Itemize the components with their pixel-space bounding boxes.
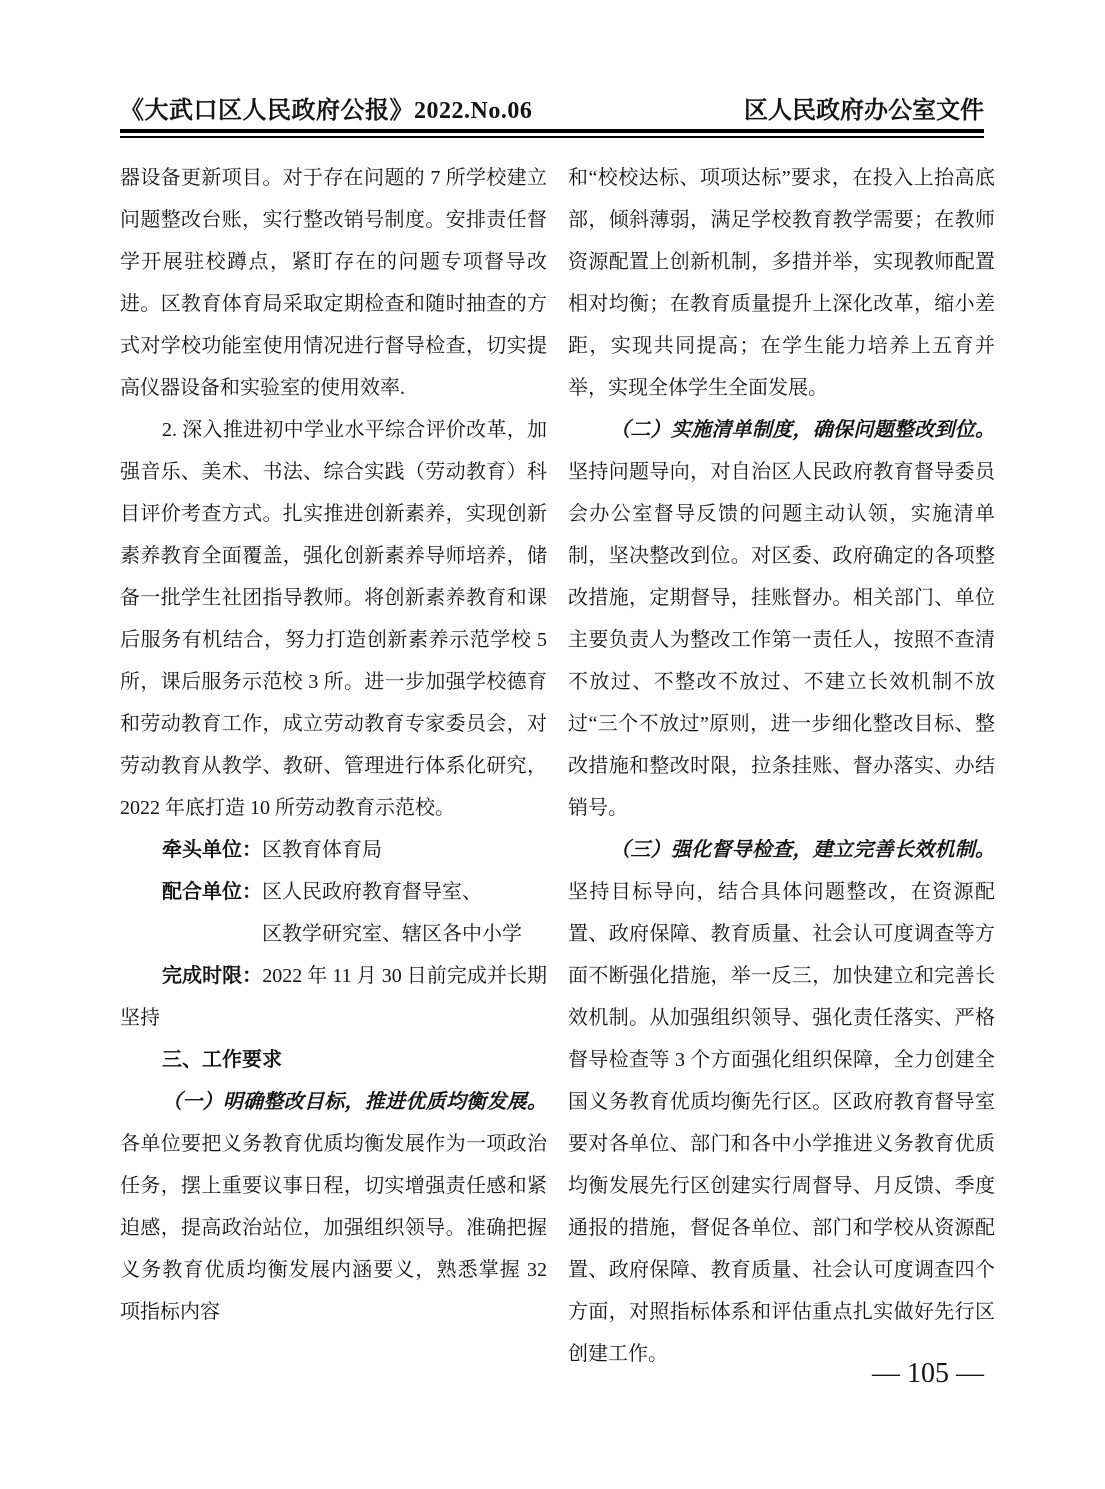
field-line: 牵头单位：区教育体育局 <box>120 829 547 871</box>
field-label: 配合单位： <box>162 881 262 903</box>
header-rule <box>120 129 984 138</box>
document-category: 区人民政府办公室文件 <box>744 90 984 125</box>
subsection-title: （二）实施清单制度，确保问题整改到位。 <box>610 419 995 441</box>
section-heading: 三、工作要求 <box>120 1039 547 1081</box>
field-value-continuation: 区教学研究室、辖区各中小学 <box>262 913 547 955</box>
subsection-paragraph: （三）强化督导检查，建立完善长效机制。坚持目标导向，结合具体问题整改，在资源配置… <box>568 829 995 1375</box>
subsection-title: （一）明确整改目标，推进优质均衡发展。 <box>162 1091 547 1113</box>
field-label: 完成时限： <box>162 965 262 987</box>
field-value: 区教育体育局 <box>262 839 382 861</box>
subsection-text: 坚持目标导向，结合具体问题整改，在资源配置、政府保障、教育质量、社会认可度调查等… <box>568 881 995 1365</box>
page-number: — 105 — <box>872 1358 984 1390</box>
gazette-title: 《大武口区人民政府公报》2022.No.06 <box>120 90 532 125</box>
body-paragraph: 2. 深入推进初中学业水平综合评价改革，加强音乐、美术、书法、综合实践（劳动教育… <box>120 409 547 829</box>
subsection-text: 各单位要把义务教育优质均衡发展作为一项政治任务，摆上重要议事日程，切实增强责任感… <box>120 1133 547 1323</box>
field-label: 牵头单位： <box>162 839 262 861</box>
subsection-text: 坚持问题导向，对自治区人民政府教育督导委员会办公室督导反馈的问题主动认领，实施清… <box>568 461 995 819</box>
header-rule-thin-line <box>120 136 984 138</box>
column-left: 器设备更新项目。对于存在问题的 7 所学校建立问题整改台账，实行整改销号制度。安… <box>120 157 547 1333</box>
subsection-title: （三）强化督导检查，建立完善长效机制。 <box>610 839 995 861</box>
column-right: 和“校校达标、项项达标”要求，在投入上抬高底部，倾斜薄弱，满足学校教育教学需要；… <box>568 157 995 1375</box>
body-paragraph: 器设备更新项目。对于存在问题的 7 所学校建立问题整改台账，实行整改销号制度。安… <box>120 157 547 409</box>
field-value: 区人民政府教育督导室、 <box>262 881 482 903</box>
subsection-paragraph: （二）实施清单制度，确保问题整改到位。坚持问题导向，对自治区人民政府教育督导委员… <box>568 409 995 829</box>
body-paragraph: 和“校校达标、项项达标”要求，在投入上抬高底部，倾斜薄弱，满足学校教育教学需要；… <box>568 157 995 409</box>
header-rule-thick-line <box>120 129 984 133</box>
subsection-paragraph: （一）明确整改目标，推进优质均衡发展。各单位要把义务教育优质均衡发展作为一项政治… <box>120 1081 547 1333</box>
field-line: 配合单位：区人民政府教育督导室、 <box>120 871 547 913</box>
field-line: 完成时限：2022 年 11 月 30 日前完成并长期坚持 <box>120 955 547 1039</box>
